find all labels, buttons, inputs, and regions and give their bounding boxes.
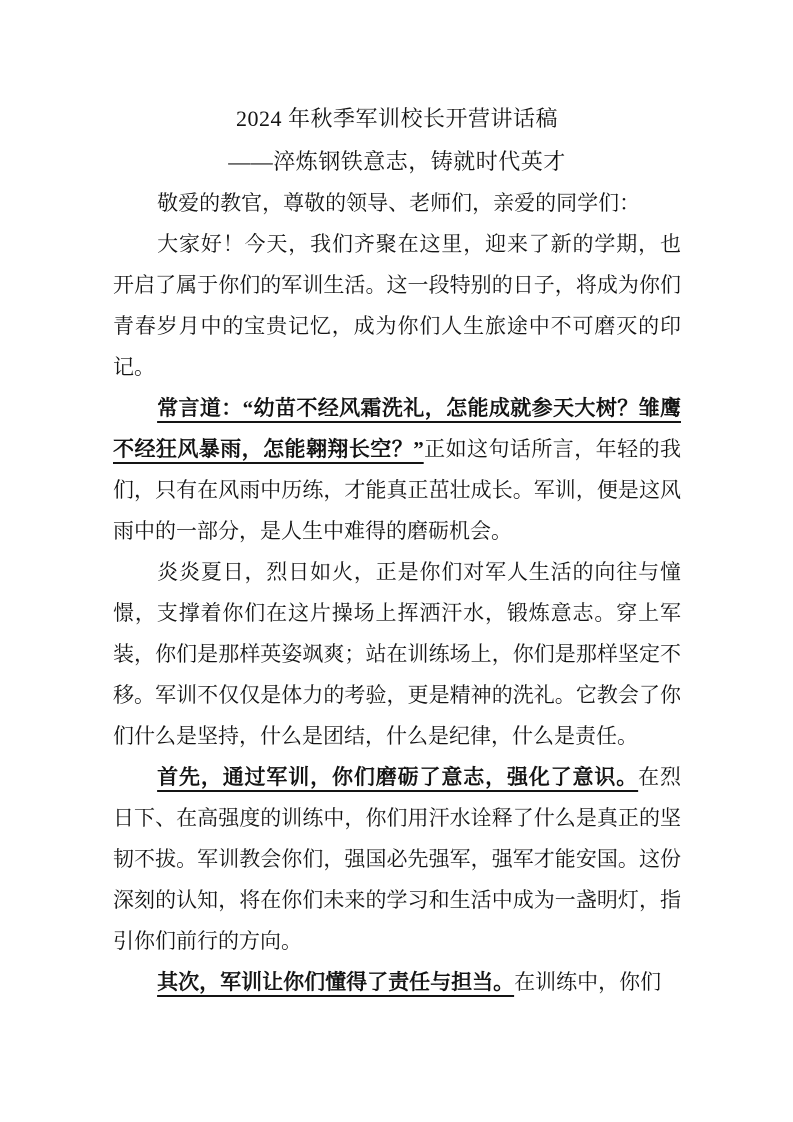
document-subtitle: ——淬炼钢铁意志，铸就时代英才 xyxy=(113,140,681,183)
document-page: 2024 年秋季军训校长开营讲话稿 ——淬炼钢铁意志，铸就时代英才 敬爱的教官，… xyxy=(0,0,793,1122)
paragraphs-container: 大家好！今天，我们齐聚在这里，迎来了新的学期，也开启了属于你们的军训生活。这一段… xyxy=(113,224,681,1003)
text-segment: 其次，军训让你们懂得了责任与担当。 xyxy=(157,970,514,994)
text-segment: 首先，通过军训，你们磨砺了意志，强化了意识。 xyxy=(157,765,638,789)
document-title: 2024 年秋季军训校长开营讲话稿 xyxy=(113,97,681,140)
text-segment: 大家好！今天，我们齐聚在这里，迎来了新的学期，也开启了属于你们的军训生活。这一段… xyxy=(113,232,681,379)
salutation: 敬爱的教官，尊敬的领导、老师们，亲爱的同学们： xyxy=(113,183,681,224)
text-segment: 炎炎夏日，烈日如火，正是你们对军人生活的向往与憧憬，支撑着你们在这片操场上挥洒汗… xyxy=(113,560,681,748)
paragraph: 其次，军训让你们懂得了责任与担当。在训练中，你们 xyxy=(113,962,681,1003)
paragraph: 常言道：“幼苗不经风霜洗礼，怎能成就参天大树？雏鹰不经狂风暴雨，怎能翱翔长空？”… xyxy=(113,388,681,552)
document-body: 敬爱的教官，尊敬的领导、老师们，亲爱的同学们： 大家好！今天，我们齐聚在这里，迎… xyxy=(113,183,681,1003)
paragraph: 炎炎夏日，烈日如火，正是你们对军人生活的向往与憧憬，支撑着你们在这片操场上挥洒汗… xyxy=(113,552,681,757)
text-segment: 在烈日下、在高强度的训练中，你们用汗水诠释了什么是真正的坚韧不拔。军训教会你们，… xyxy=(113,765,681,953)
paragraph: 大家好！今天，我们齐聚在这里，迎来了新的学期，也开启了属于你们的军训生活。这一段… xyxy=(113,224,681,388)
text-segment: 在训练中，你们 xyxy=(514,970,661,994)
paragraph: 首先，通过军训，你们磨砺了意志，强化了意识。在烈日下、在高强度的训练中，你们用汗… xyxy=(113,757,681,962)
